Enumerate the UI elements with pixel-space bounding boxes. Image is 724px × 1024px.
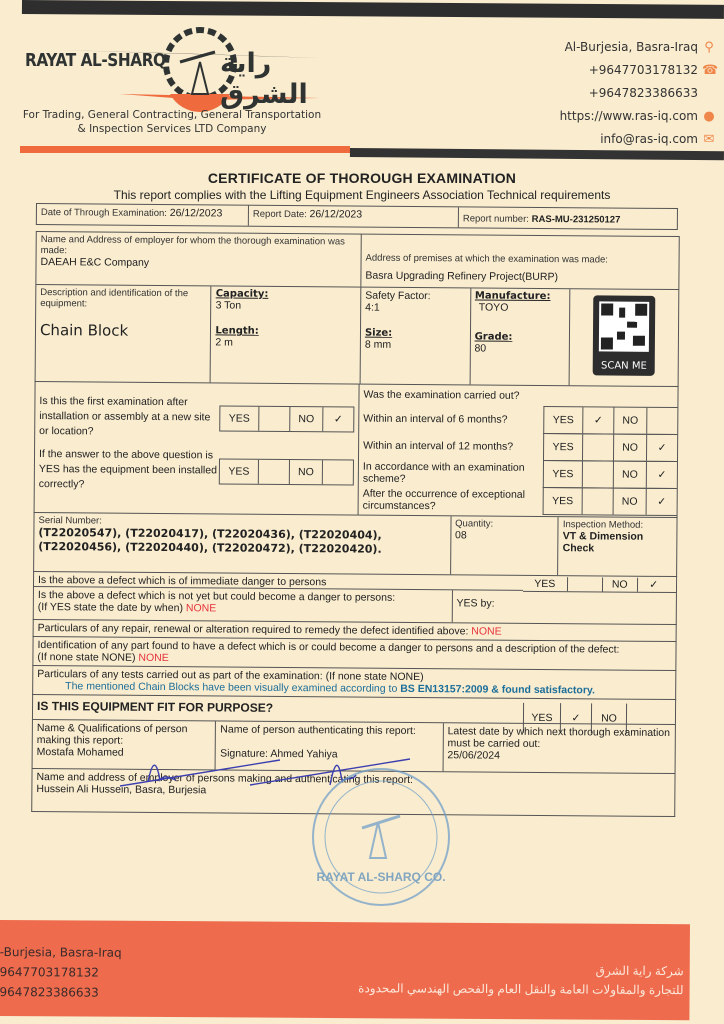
yes-checkbox[interactable] <box>583 434 614 460</box>
footer-contact: -Burjesia, Basra-Iraq 9647703178132 9647… <box>0 942 122 1003</box>
question-installed: If the answer to the above question is Y… <box>39 447 354 494</box>
footer-arabic: شركة راية الشرق للتجارة والمقاولات العام… <box>358 960 684 1000</box>
company-name-en: RAYAT AL-SHARQ <box>25 50 166 71</box>
employer-cell: Name and Address of employer for whom th… <box>36 232 361 287</box>
quantity-value: 08 <box>455 529 554 542</box>
no-checkbox[interactable]: ✓ <box>647 461 677 487</box>
no-checkbox[interactable]: ✓ <box>647 434 677 460</box>
installed-yes-checkbox[interactable] <box>259 459 290 483</box>
contact-phone-2: +9647823386633 <box>560 82 716 105</box>
fit-question: IS THIS EQUIPMENT FIT FOR PURPOSE? <box>33 695 523 723</box>
footer-band: -Burjesia, Basra-Iraq 9647703178132 9647… <box>0 920 690 1020</box>
defect-future-row: Is the above a defect which is not yet b… <box>33 587 677 625</box>
first-exam-no-checkbox[interactable]: ✓ <box>323 407 353 431</box>
right-questions: Was the examination carried out? Within … <box>359 385 678 517</box>
contact-phone-1: +9647703178132☎ <box>560 59 716 82</box>
future-no-checkbox[interactable]: ✓ <box>638 578 670 592</box>
quantity-cell: Quantity: 08 <box>451 516 559 575</box>
tagline-line-1: For Trading, General Contracting, Genera… <box>22 108 322 122</box>
future-yes-checkbox[interactable] <box>568 577 603 591</box>
exam-carried-out-heading: Was the examination carried out? <box>359 385 677 407</box>
qr-cell: SCAN ME <box>570 289 678 386</box>
employer-value: DAEAH E&C Company <box>40 256 356 270</box>
manufacture-grade: Manufacture: TOYO Grade: 80 <box>470 288 570 385</box>
no-checkbox[interactable] <box>647 407 677 433</box>
equipment-row: Description and identification of the eq… <box>35 285 680 387</box>
yes-checkbox[interactable] <box>583 461 614 487</box>
right-question-item: After the occurrence of exceptional circ… <box>359 486 677 515</box>
first-exam-answer: YES NO✓ <box>219 405 354 432</box>
method-cell: Inspection Method: VT & Dimension Check <box>558 517 676 576</box>
telephone-icon: ☎ <box>702 59 716 82</box>
future-defect-answer: YES NO✓ <box>523 577 676 593</box>
contact-address: Al-Burjesia, Basra-Iraq⚲ <box>560 36 716 59</box>
serial-cell: Serial Number: (T22020547), (T22020417),… <box>34 513 451 574</box>
right-question-answer: YESNO✓ <box>543 486 677 515</box>
installed-answer: YES NO <box>219 458 354 485</box>
capacity-length: Capacity: 3 Ton Length: 2 m <box>211 286 361 383</box>
certificate-title: CERTIFICATE OF THOROUGH EXAMINATION This… <box>0 170 724 202</box>
method-value: VT & Dimension Check <box>563 530 673 555</box>
no-checkbox[interactable]: ✓ <box>647 488 677 514</box>
company-name-ar: راية الشرق <box>220 48 340 110</box>
company-stamp: RAYAT AL-SHARQ CO. <box>312 768 450 906</box>
right-question-answer: YESNO✓ <box>543 432 677 461</box>
tagline-line-2: & Inspection Services LTD Company <box>22 122 322 136</box>
qr-code-icon <box>599 301 649 351</box>
right-question-answer: YESNO✓ <box>543 459 677 488</box>
globe-icon: ● <box>702 105 716 128</box>
right-question-list: Within an interval of 6 months?YES✓NOWit… <box>359 405 678 515</box>
fit-row: IS THIS EQUIPMENT FIT FOR PURPOSE? YES✓ … <box>32 695 676 724</box>
contact-website[interactable]: https://www.ras-iq.com● <box>560 105 716 128</box>
yes-checkbox[interactable] <box>583 488 614 514</box>
question-first-exam: Is this the first examination after inst… <box>39 394 354 441</box>
next-exam: Latest date by which next thorough exami… <box>443 723 675 773</box>
employer-premises-row: Name and Address of employer for whom th… <box>35 231 679 290</box>
exam-date: Date of Through Examination: 26/12/2023 <box>37 204 249 226</box>
premises-value: Basra Upgrading Refinery Project(BURP) <box>365 270 674 284</box>
header-dark-bar-2 <box>350 148 724 160</box>
premises-cell: Address of premises at which the examina… <box>361 235 678 289</box>
equipment-description: Description and identification of the eq… <box>36 285 212 382</box>
installed-no-checkbox[interactable] <box>323 460 353 484</box>
stamp-text: RAYAT AL-SHARQ CO. <box>314 870 448 884</box>
company-tagline: For Trading, General Contracting, Genera… <box>22 108 322 136</box>
first-exam-yes-checkbox[interactable] <box>259 406 290 430</box>
dates-row: Date of Through Examination: 26/12/2023 … <box>36 203 678 230</box>
next-exam-date: 25/06/2024 <box>447 749 670 763</box>
envelope-icon: ✉ <box>702 128 716 151</box>
report-date: Report Date: 26/12/2023 <box>249 206 459 228</box>
qr-code[interactable]: SCAN ME <box>593 295 656 375</box>
right-question-answer: YES✓NO <box>543 405 677 434</box>
serial-line-2: (T22020456), (T22020440), (T22020472), (… <box>38 540 446 557</box>
questions-row: Is this the first examination after inst… <box>34 382 679 518</box>
certificate-form: Date of Through Examination: 26/12/2023 … <box>31 203 680 817</box>
page-title: CERTIFICATE OF THOROUGH EXAMINATION <box>0 170 724 186</box>
location-pin-icon: ⚲ <box>702 36 716 59</box>
report-number: Report number: RAS-MU-231250127 <box>459 207 677 229</box>
contact-email[interactable]: info@ras-iq.com✉ <box>560 128 716 151</box>
safety-size: Safety Factor: 4:1 Size: 8 mm <box>361 288 471 385</box>
page-subtitle: This report complies with the Lifting Eq… <box>0 188 724 202</box>
right-question-item: Within an interval of 12 months?YESNO✓ <box>359 432 677 461</box>
yes-checkbox[interactable]: ✓ <box>583 407 614 433</box>
left-questions: Is this the first examination after inst… <box>35 382 360 515</box>
header-orange-bar <box>20 146 350 153</box>
right-question-item: Within an interval of 6 months?YES✓NO <box>359 405 677 434</box>
yes-by-label: YES by: <box>452 591 675 617</box>
right-question-item: In accordance with an examination scheme… <box>359 459 677 488</box>
equipment-name: Chain Block <box>40 321 207 340</box>
contact-info: Al-Burjesia, Basra-Iraq⚲ +9647703178132☎… <box>560 36 716 151</box>
serial-row: Serial Number: (T22020547), (T22020417),… <box>33 513 677 577</box>
